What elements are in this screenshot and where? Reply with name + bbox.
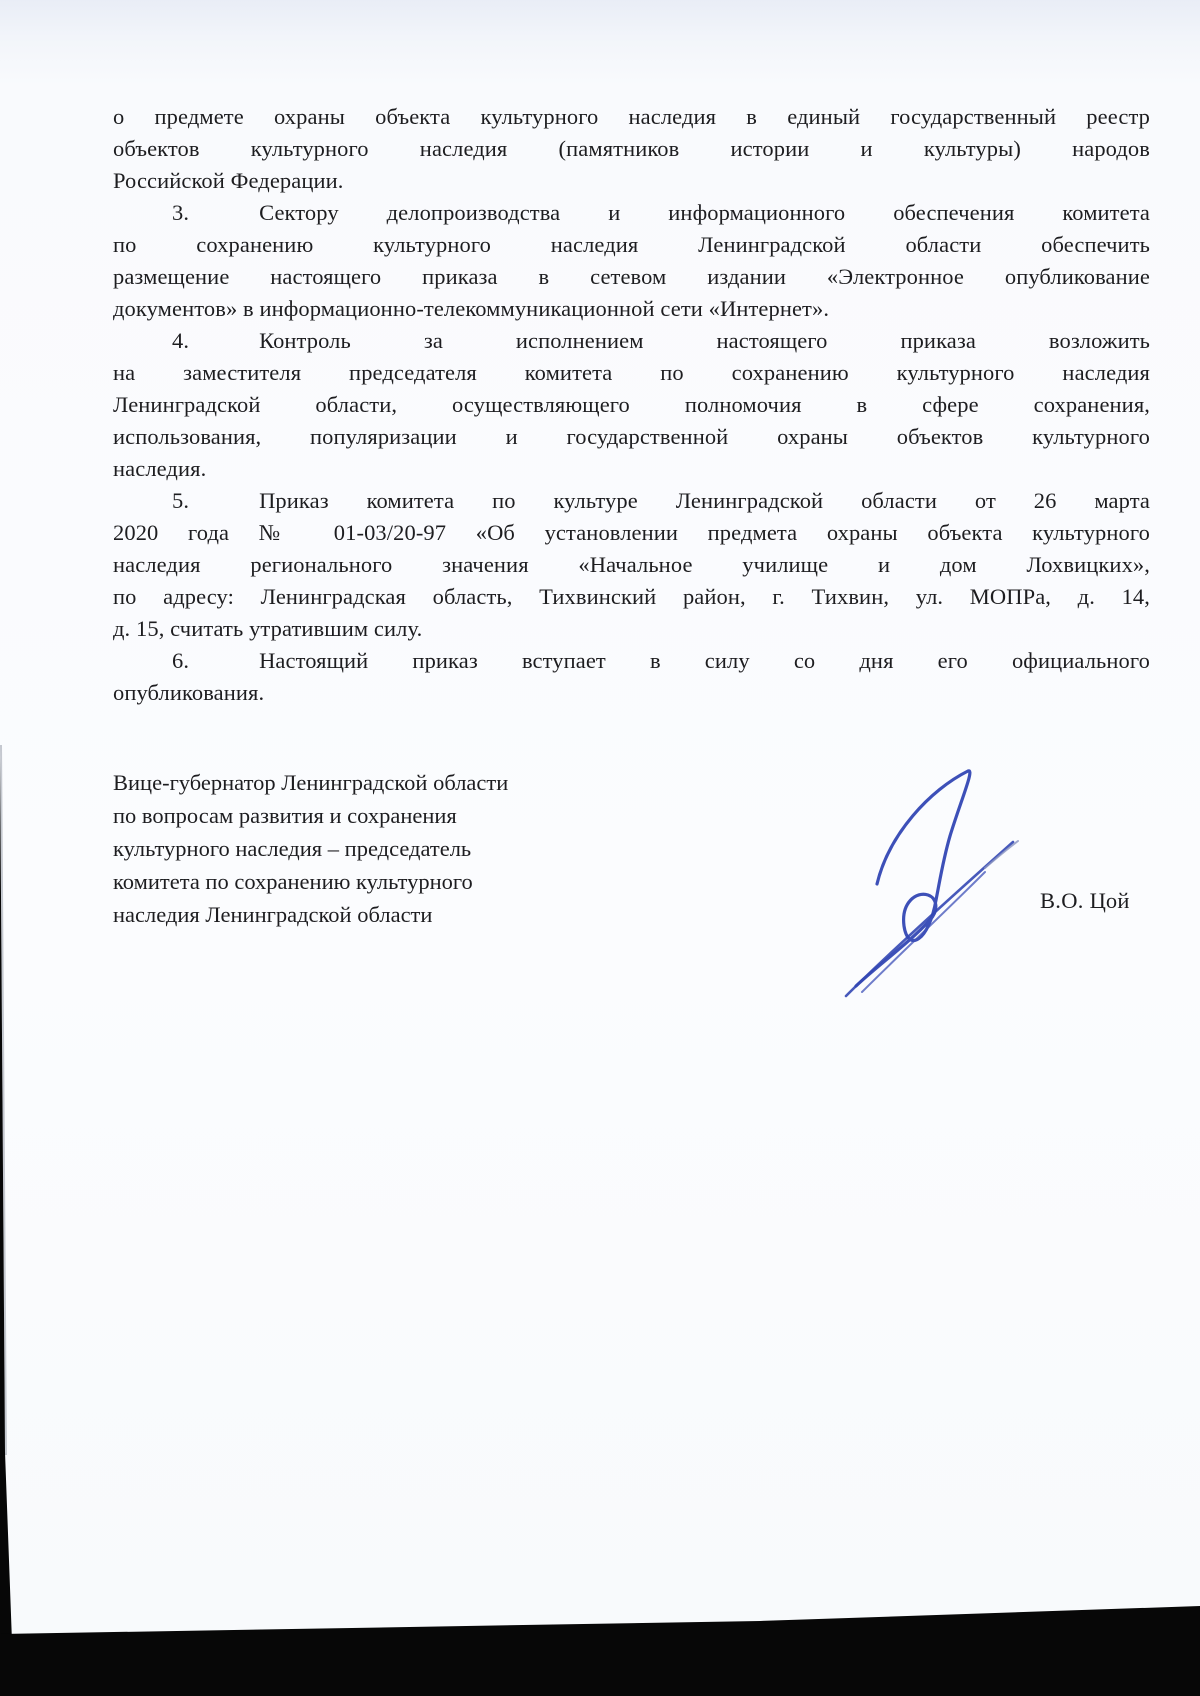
paragraph-number: 3. <box>172 200 189 225</box>
body-line: Сектору делопроизводства и информационно… <box>259 200 1150 225</box>
body-line: опубликования. <box>113 677 1150 709</box>
body-line: документов» в информационно-телекоммуник… <box>113 293 1150 325</box>
document-body: о предмете охраны объекта культурного на… <box>113 101 1150 709</box>
number-gap <box>189 507 259 508</box>
number-gap <box>189 347 259 348</box>
body-line: Контроль за исполнением настоящего прика… <box>259 328 1150 353</box>
paragraph-3-first-line: 3.Сектору делопроизводства и информацион… <box>113 197 1150 229</box>
paragraph-4-first-line: 4.Контроль за исполнением настоящего при… <box>113 325 1150 357</box>
body-line: Российской Федерации. <box>113 165 1150 197</box>
paragraph-6-first-line: 6.Настоящий приказ вступает в силу со дн… <box>113 645 1150 677</box>
scan-edge-left-faint-line <box>1 745 6 1455</box>
body-line: о предмете охраны объекта культурного на… <box>113 101 1150 133</box>
body-line: наследия регионального значения «Начальн… <box>113 549 1150 581</box>
signoff-title-block: Вице-губернатор Ленинградской области по… <box>113 766 508 931</box>
signatory-name: В.О. Цой <box>1040 886 1130 916</box>
body-line: Ленинградской области, осуществляющего п… <box>113 389 1150 421</box>
scan-edge-bottom-wedge <box>0 1606 1200 1696</box>
signoff-title-line: по вопросам развития и сохранения <box>113 799 508 832</box>
paragraph-number: 5. <box>172 488 189 513</box>
paragraph-number: 4. <box>172 328 189 353</box>
body-line: на заместителя председателя комитета по … <box>113 357 1150 389</box>
signoff-title-line: наследия Ленинградской области <box>113 898 508 931</box>
signoff-title-line: комитета по сохранению культурного <box>113 865 508 898</box>
body-line: использования, популяризации и государст… <box>113 421 1150 453</box>
body-line: Приказ комитета по культуре Ленинградско… <box>259 488 1150 513</box>
body-line: размещение настоящего приказа в сетевом … <box>113 261 1150 293</box>
paragraph-5-first-line: 5.Приказ комитета по культуре Ленинградс… <box>113 485 1150 517</box>
body-line: 2020 года № 01-03/20-97 «Об установлении… <box>113 517 1150 549</box>
body-line: объектов культурного наследия (памятнико… <box>113 133 1150 165</box>
scanned-document-page: о предмете охраны объекта культурного на… <box>0 0 1200 1696</box>
body-line: д. 15, считать утратившим силу. <box>113 613 1150 645</box>
signoff-title-line: культурного наследия – председатель <box>113 832 508 865</box>
number-gap <box>189 219 259 220</box>
paragraph-number: 6. <box>172 648 189 673</box>
body-line: Настоящий приказ вступает в силу со дня … <box>259 648 1150 673</box>
number-gap <box>189 667 259 668</box>
scan-edge-left-sliver <box>0 758 14 1696</box>
body-line: наследия. <box>113 453 1150 485</box>
body-line: по сохранению культурного наследия Ленин… <box>113 229 1150 261</box>
body-line: по адресу: Ленинградская область, Тихвин… <box>113 581 1150 613</box>
signoff-title-line: Вице-губернатор Ленинградской области <box>113 766 508 799</box>
